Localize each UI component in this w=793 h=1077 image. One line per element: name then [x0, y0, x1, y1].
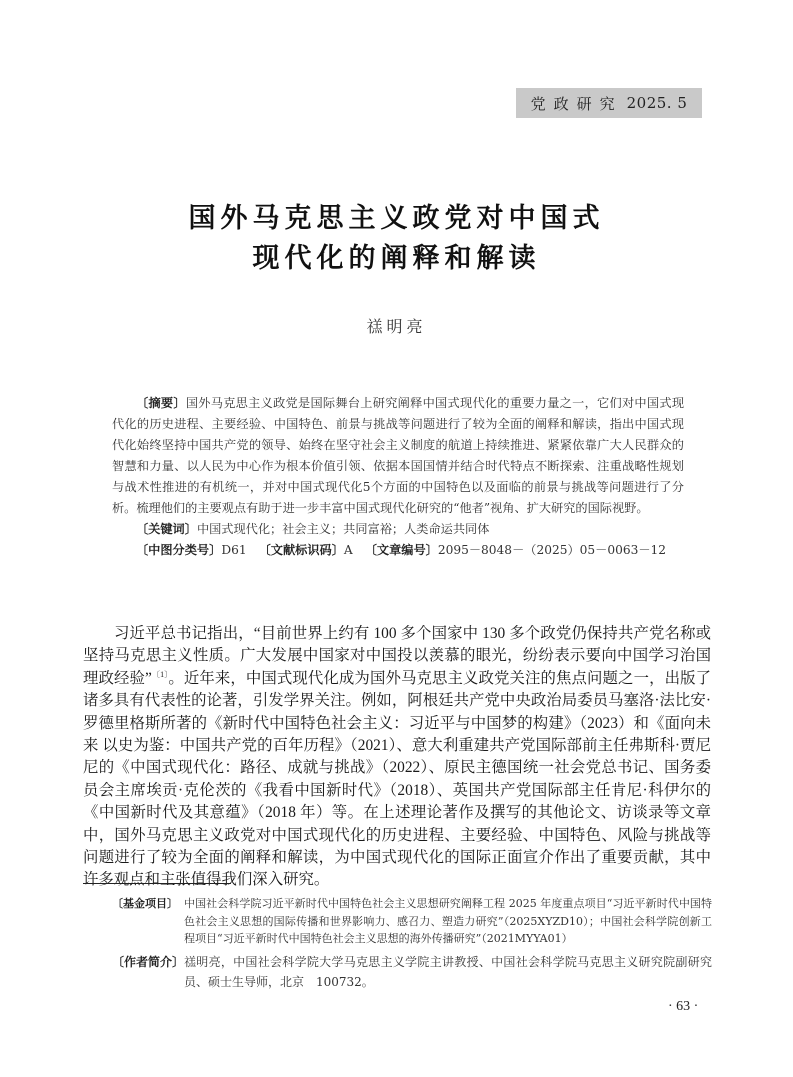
author-bio-text: 禚明亮，中国社会科学院大学马克思主义学院主讲教授、中国社会科学院马克思主义研究院…	[184, 952, 712, 992]
citation-reference[interactable]: 〔1〕	[152, 670, 168, 679]
author-bio-label: 〔作者简介〕	[112, 952, 184, 992]
doc-code-value: A	[344, 543, 353, 557]
body-paragraph-part-2: 。近年来，中国式现代化成为国外马克思主义政党关注的焦点问题之一，出版了诸多具有代…	[83, 670, 711, 889]
fund-footnote: 〔基金项目〕 中国社会科学院习近平新时代中国特色社会主义思想研究阐释工程 202…	[112, 895, 712, 948]
journal-issue: 2025. 5	[627, 94, 688, 112]
fund-text: 中国社会科学院习近平新时代中国特色社会主义思想研究阐释工程 2025 年度重点项…	[184, 895, 712, 948]
article-number-value: 2095－8048－（2025）05－0063－12	[438, 543, 666, 557]
article-author: 禚明亮	[0, 314, 793, 337]
journal-name: 党政研究	[531, 93, 623, 114]
doc-code-label: 〔文献标识码〕	[259, 543, 344, 557]
author-bio-footnote: 〔作者简介〕 禚明亮，中国社会科学院大学马克思主义学院主讲教授、中国社会科学院马…	[112, 952, 712, 992]
abstract-label: 〔摘要〕	[136, 396, 186, 410]
keywords-text: 中国式现代化；社会主义；共同富裕；人类命运共同体	[197, 522, 490, 536]
article-title-line-2: 现代化的阐释和解读	[0, 236, 793, 275]
journal-header-badge: 党政研究 2025. 5	[516, 88, 702, 118]
keywords-label: 〔关键词〕	[136, 522, 197, 536]
keywords-line: 〔关键词〕中国式现代化；社会主义；共同富裕；人类命运共同体	[112, 519, 684, 540]
fund-label: 〔基金项目〕	[112, 895, 184, 948]
page-number: · 63 ·	[668, 999, 698, 1015]
classification-line: 〔中图分类号〕D61〔文献标识码〕A〔文章编号〕2095－8048－（2025）…	[112, 540, 684, 561]
abstract-paragraph: 〔摘要〕国外马克思主义政党是国际舞台上研究阐释中国式现代化的重要力量之一，它们对…	[112, 393, 684, 519]
body-paragraph: 习近平总书记指出，“目前世界上约有 100 多个国家中 130 多个政党仍保持共…	[83, 623, 711, 892]
clc-label: 〔中图分类号〕	[136, 543, 221, 557]
abstract-section: 〔摘要〕国外马克思主义政党是国际舞台上研究阐释中国式现代化的重要力量之一，它们对…	[112, 393, 684, 561]
clc-value: D61	[221, 543, 246, 557]
footnote-divider	[83, 883, 231, 884]
article-title-line-1: 国外马克思主义政党对中国式	[0, 196, 793, 235]
article-number-label: 〔文章编号〕	[365, 543, 438, 557]
body-text: 习近平总书记指出，“目前世界上约有 100 多个国家中 130 多个政党仍保持共…	[83, 623, 711, 892]
abstract-text: 国外马克思主义政党是国际舞台上研究阐释中国式现代化的重要力量之一，它们对中国式现…	[112, 396, 684, 515]
